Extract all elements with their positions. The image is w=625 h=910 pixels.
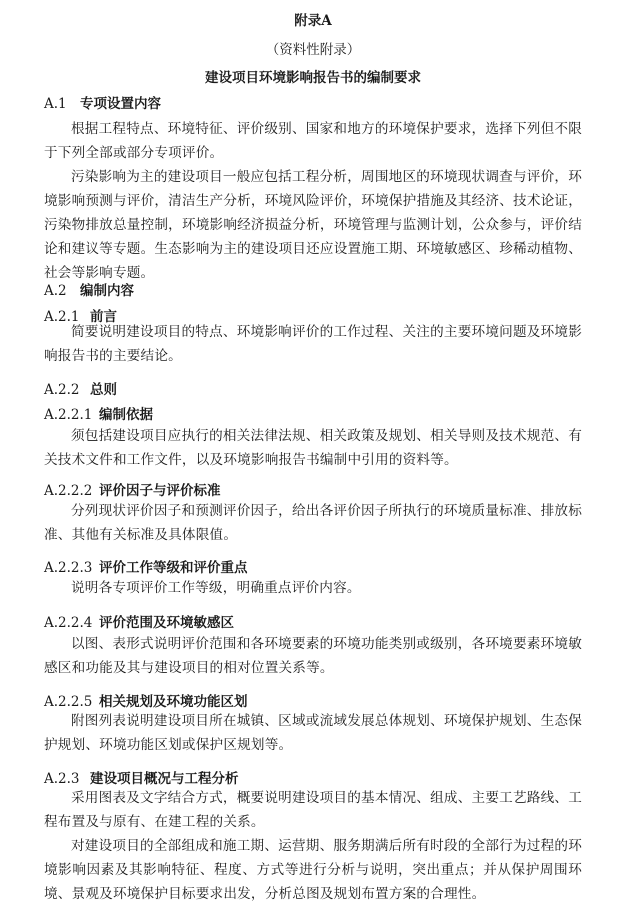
appendix-heading: 建设项目环境影响报告书的编制要求 (44, 66, 582, 86)
section-heading-a2-2-5: A.2.2.5相关规划及环境功能区划 (44, 690, 248, 710)
paragraph: 以图、表形式说明评价范围和各环境要素的环境功能类别或级别，各环境要素环境敏感区和… (44, 632, 582, 680)
paragraph: 附图列表说明建设项目所在城镇、区域或流域发展总体规划、环境保护规划、生态保护规划… (44, 709, 582, 757)
section-heading-a2-2-2: A.2.2.2评价因子与评价标准 (44, 479, 221, 499)
paragraph: 简要说明建设项目的特点、环境影响评价的工作过程、关注的主要环境问题及环境影响报告… (44, 320, 582, 368)
paragraph: 说明各专项评价工作等级，明确重点评价内容。 (44, 576, 582, 600)
appendix-subtitle: （资料性附录） (44, 38, 582, 58)
appendix-title: 附录A (44, 9, 582, 29)
section-heading-a2-2-3: A.2.2.3评价工作等级和评价重点 (44, 556, 248, 576)
section-heading-a2-2-1: A.2.2.1编制依据 (44, 403, 153, 423)
paragraph: 污染影响为主的建设项目一般应包括工程分析，周围地区的环境现状调查与评价，环境影响… (44, 165, 582, 285)
paragraph: 根据工程特点、环境特征、评价级别、国家和地方的环境保护要求，选择下列但不限于下列… (44, 117, 582, 165)
section-heading-a2-3: A.2.3建设项目概况与工程分析 (44, 767, 239, 787)
paragraph: 对建设项目的全部组成和施工期、运营期、服务期满后所有时段的全部行为过程的环境影响… (44, 834, 582, 906)
section-heading-a2-2: A.2.2总则 (44, 378, 117, 398)
section-heading-a2-2-4: A.2.2.4评价范围及环境敏感区 (44, 611, 234, 631)
paragraph: 须包括建设项目应执行的相关法律法规、相关政策及规划、相关导则及技术规范、有关技术… (44, 424, 582, 472)
paragraph: 采用图表及文字结合方式，概要说明建设项目的基本情况、组成、主要工艺路线、工程布置… (44, 786, 582, 834)
section-heading-a2: A.2编制内容 (44, 279, 134, 299)
section-heading-a1: A.1专项设置内容 (44, 92, 161, 112)
paragraph: 分列现状评价因子和预测评价因子，给出各评价因子所执行的环境质量标准、排放标准、其… (44, 499, 582, 547)
